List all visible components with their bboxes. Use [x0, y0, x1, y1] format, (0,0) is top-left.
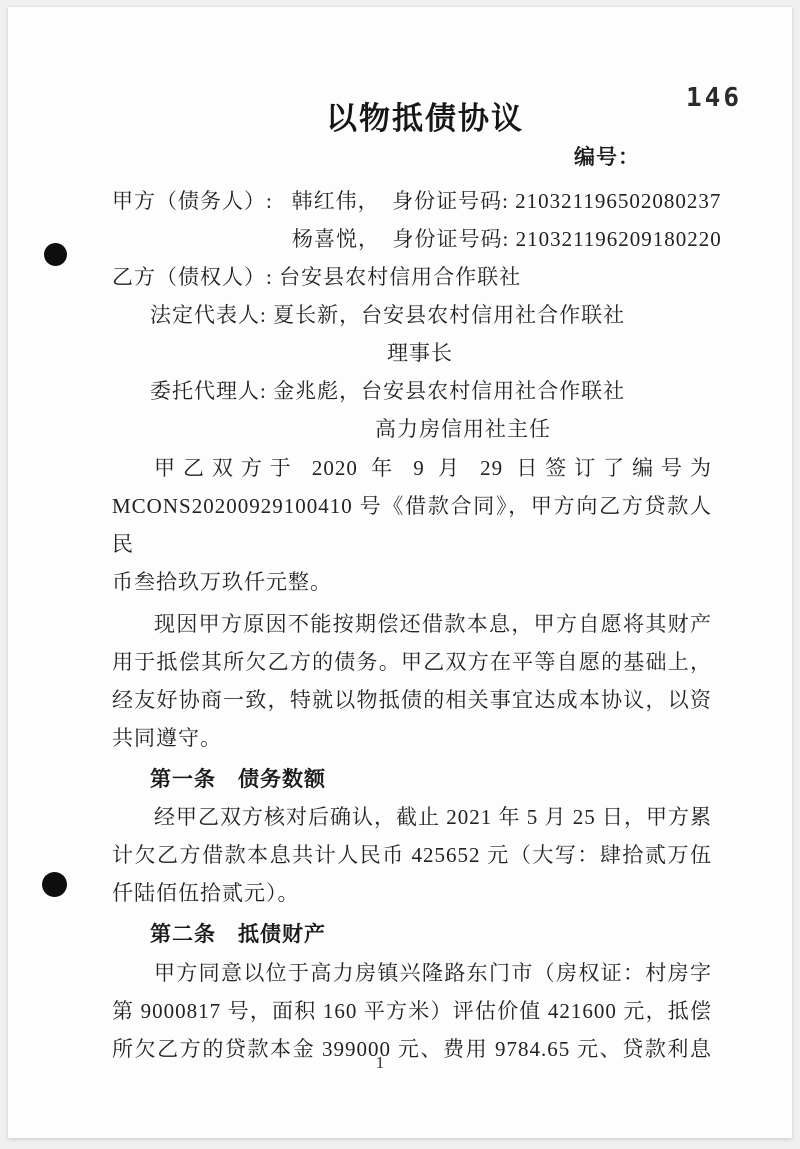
recital-line-3: 经友好协商一致，特就以物抵债的相关事宜达成本协议，以资 [112, 681, 712, 719]
party-a-debtor-line: 甲方（债务人）: 韩红伟， 身份证号码: 210321196502080237 [112, 182, 712, 220]
recital-line-1: 现因甲方原因不能按期偿还借款本息，甲方自愿将其财产 [112, 605, 712, 643]
article-1-line-1: 经甲乙双方核对后确认，截止 2021 年 5 月 25 日，甲方累 [112, 798, 712, 836]
preamble-paragraph: 甲乙双方于 2020 年 9 月 29 日签订了编号为 MCONS2020092… [112, 449, 712, 601]
article-2-line-1: 甲方同意以位于高力房镇兴隆路东门市（房权证：村房字 [112, 954, 712, 992]
document-page: 146 以物抵债协议 编号： 甲方（债务人）: 韩红伟， 身份证号码: 2103… [8, 7, 792, 1138]
article-1-paragraph: 经甲乙双方核对后确认，截止 2021 年 5 月 25 日，甲方累 计欠乙方借款… [112, 798, 712, 912]
article-2-paragraph: 甲方同意以位于高力房镇兴隆路东门市（房权证：村房字 第 9000817 号，面积… [112, 954, 712, 1068]
ref-number-label: 编号： [112, 142, 712, 172]
page-number: 1 [0, 1053, 772, 1073]
legal-representative-line: 法定代表人: 夏长新，台安县农村信用社合作联社 [112, 296, 712, 334]
preamble-line-1: 甲乙双方于 2020 年 9 月 29 日签订了编号为 [112, 449, 712, 487]
document-title: 以物抵债协议 [125, 97, 725, 141]
entrusted-agent-title: 高力房信用社主任 [112, 410, 712, 448]
entrusted-agent-line: 委托代理人: 金兆彪，台安县农村信用社合作联社 [112, 372, 712, 410]
article-2-line-2: 第 9000817 号，面积 160 平方米）评估价值 421600 元，抵偿 [112, 992, 712, 1030]
document-content: 以物抵债协议 编号： 甲方（债务人）: 韩红伟， 身份证号码: 21032119… [8, 7, 792, 1138]
recital-paragraph: 现因甲方原因不能按期偿还借款本息，甲方自愿将其财产 用于抵偿其所欠乙方的债务。甲… [112, 605, 712, 757]
article-1-line-2: 计欠乙方借款本息共计人民币 425652 元（大写：肆拾贰万伍 [112, 836, 712, 874]
party-a-second-debtor-line: 杨喜悦， 身份证号码: 210321196209180220 [112, 220, 712, 258]
article-1-line-3: 仟陆佰伍拾贰元）。 [112, 874, 712, 912]
legal-representative-title: 理事长 [112, 334, 712, 372]
preamble-line-3: 币叁拾玖万玖仟元整。 [112, 563, 712, 601]
scan-background: { "stamp": { "number": "146" }, "title":… [0, 0, 800, 1149]
party-b-creditor-line: 乙方（债权人）: 台安县农村信用合作联社 [112, 258, 712, 296]
parties-block: 甲方（债务人）: 韩红伟， 身份证号码: 210321196502080237 … [112, 182, 712, 448]
article-1-heading: 第一条 债务数额 [112, 760, 712, 798]
preamble-line-2: MCONS20200929100410 号《借款合同》，甲方向乙方贷款人民 [112, 487, 712, 563]
article-2-heading: 第二条 抵债财产 [112, 915, 712, 953]
recital-line-2: 用于抵偿其所欠乙方的债务。甲乙双方在平等自愿的基础上， [112, 643, 712, 681]
recital-line-4: 共同遵守。 [112, 719, 712, 757]
